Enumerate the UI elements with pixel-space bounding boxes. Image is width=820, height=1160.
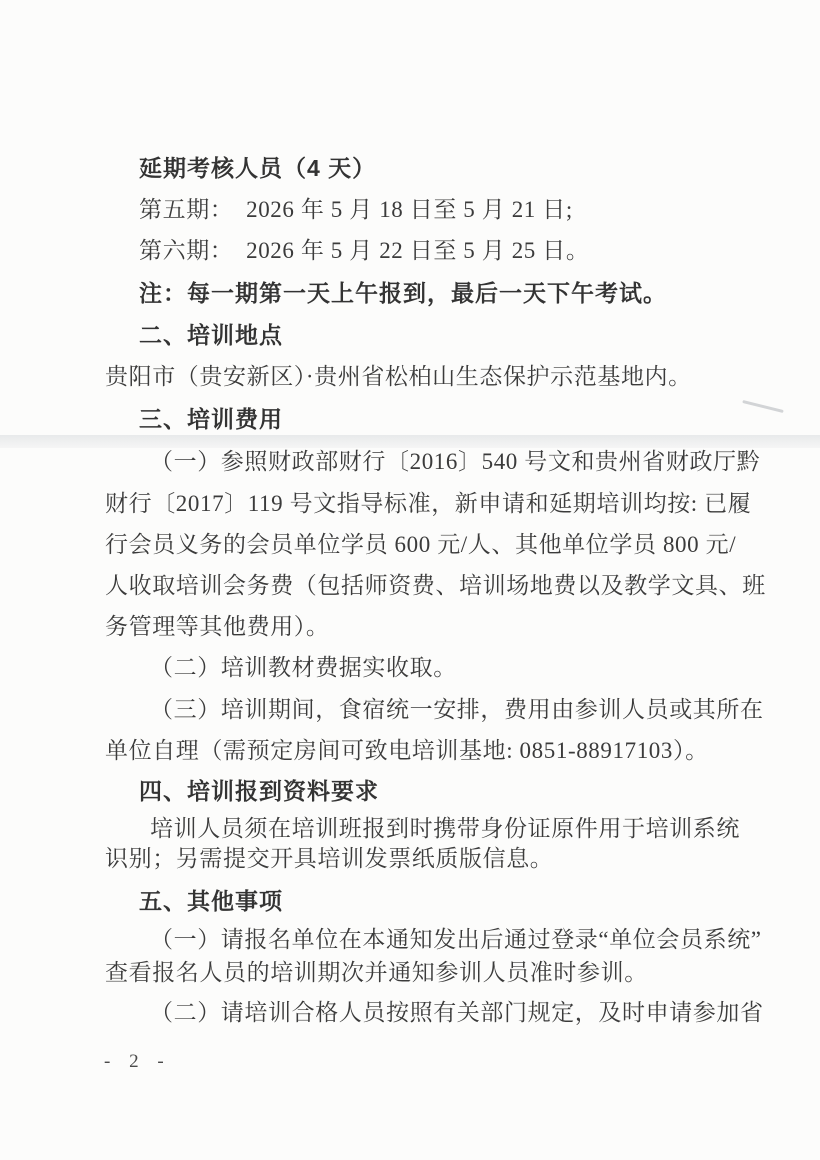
para-fee-standard-line-2: 财行〔2017〕119 号文指导标准，新申请和延期培训均按: 已履	[105, 491, 751, 517]
heading-section-3-fees: 三、培训费用	[139, 406, 283, 432]
para-qualified-apply-line-1: （二）请培训合格人员按照有关部门规定，及时申请参加省	[150, 1000, 764, 1026]
para-id-required-line-1: 培训人员须在培训班报到时携带身份证原件用于培训系统	[150, 816, 740, 842]
line-note-checkin-exam: 注：每一期第一天上午报到，最后一天下午考试。	[139, 280, 667, 306]
para-textbook-fee: （二）培训教材费据实收取。	[150, 655, 457, 681]
heading-section-5-other: 五、其他事项	[139, 888, 283, 914]
line-session-six: 第六期： 2026 年 5 月 22 日至 5 月 25 日。	[139, 238, 589, 264]
para-fee-standard-line-3: 行会员义务的会员单位学员 600 元/人、其他单位学员 800 元/	[105, 532, 736, 558]
page-number: - 2 -	[104, 1051, 171, 1073]
scan-smudge-artifact	[742, 400, 783, 413]
line-training-location: 贵阳市（贵安新区）·贵州省松柏山生态保护示范基地内。	[105, 364, 692, 390]
para-fee-standard-line-4: 人收取培训会务费（包括师资费、培训场地费以及教学文具、班	[105, 573, 766, 599]
para-member-system-line-2: 查看报名人员的培训期次并通知参训人员准时参训。	[105, 960, 648, 986]
heading-section-2-location: 二、培训地点	[139, 322, 283, 348]
heading-section-4-materials: 四、培训报到资料要求	[139, 778, 379, 804]
para-member-system-line-1: （一）请报名单位在本通知发出后通过登录“单位会员系统”	[150, 927, 762, 953]
scanned-notice-page: 延期考核人员（4 天） 第五期： 2026 年 5 月 18 日至 5 月 21…	[0, 0, 820, 1160]
scan-seam-artifact	[0, 435, 820, 448]
para-fee-standard-line-5: 务管理等其他费用）。	[105, 614, 330, 640]
para-id-required-line-2: 识别；另需提交开具培训发票纸质版信息。	[105, 846, 553, 872]
para-board-lodging-line-2: 单位自理（需预定房间可致电培训基地: 0851-88917103）。	[105, 738, 709, 764]
line-session-five: 第五期： 2026 年 5 月 18 日至 5 月 21 日;	[139, 197, 573, 223]
heading-deferred-assessment: 延期考核人员（4 天）	[139, 155, 376, 181]
para-fee-standard-line-1: （一）参照财政部财行〔2016〕540 号文和贵州省财政厅黔	[150, 449, 760, 475]
para-board-lodging-line-1: （三）培训期间，食宿统一安排，费用由参训人员或其所在	[150, 697, 764, 723]
